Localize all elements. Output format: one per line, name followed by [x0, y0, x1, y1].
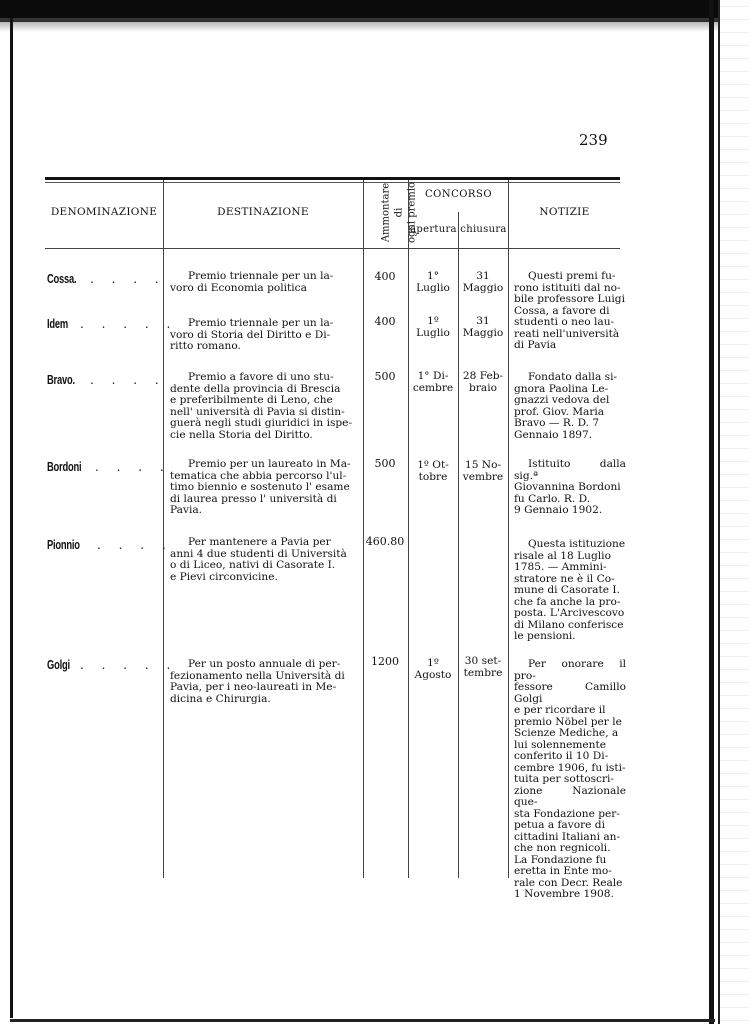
- text-line: Agosto: [415, 669, 452, 681]
- text-line: e Pievi circonvicine.: [170, 571, 278, 583]
- leader-dots: . . . . .: [80, 317, 177, 331]
- scan-margin-strip: [720, 0, 749, 1024]
- leader-dots: . . . . .: [80, 658, 177, 672]
- text-line: reati nell'università: [514, 328, 619, 340]
- row-notizie: Questa istituzione risale al 18 Luglio 1…: [514, 539, 626, 643]
- text-line: 1785. — Ammini-: [514, 561, 607, 573]
- row-destinazione: Premio a favore di uno stu- dente della …: [170, 372, 356, 441]
- row-apertura: 1º Luglio: [409, 315, 457, 339]
- page-bottom-edge: [10, 1019, 715, 1022]
- row-chiusura: 31 Maggio: [459, 270, 507, 294]
- header-denominazione: DENOMINAZIONE: [46, 206, 162, 218]
- text-line: cittadini Italiani an-: [514, 831, 620, 843]
- text-line: Istituito dalla sig.ª: [514, 458, 626, 482]
- text-line: timo biennio e sostenuto l' esame: [170, 481, 350, 493]
- row-chiusura: 28 Feb- braio: [459, 370, 507, 394]
- text-line: rale con Decr. Reale: [514, 877, 622, 889]
- text-line: premio Nöbel per le: [514, 716, 622, 728]
- text-line: posta. L'Arcivescovo: [514, 607, 624, 619]
- text-line: che fa anche la pro-: [514, 596, 620, 608]
- text-line: voro di Storia del Diritto e Di-: [170, 329, 330, 341]
- text-line: o di Liceo, nativi di Casorate I.: [170, 559, 335, 571]
- text-line: nell' università di Pavia si distin-: [170, 406, 345, 418]
- header-bottom-rule: [45, 248, 620, 249]
- text-line: 1º Ot-: [417, 459, 449, 471]
- page-number: 239: [579, 131, 608, 149]
- header-apertura: apertura: [409, 224, 458, 235]
- row-name: Golgi: [47, 657, 70, 672]
- text-line: Premio a favore di uno stu-: [188, 371, 334, 383]
- text-line: 9 Gennaio 1902.: [514, 504, 602, 516]
- text-line: tembre: [464, 667, 503, 679]
- text-line: 1°: [427, 270, 439, 282]
- text-line: Premio triennale per un la-: [188, 317, 333, 329]
- row-ammontare: 460.80: [365, 535, 405, 548]
- text-line: Pavia, per i neo-laureati in Me-: [170, 681, 336, 693]
- header-concorso: CONCORSO: [409, 189, 508, 200]
- row-name: Cossa.: [47, 271, 76, 286]
- row-ammontare: 400: [365, 315, 405, 328]
- column-divider: [508, 180, 509, 878]
- row-apertura: 1º Ot- tobre: [409, 459, 457, 483]
- text-line: e per ricordare il: [514, 704, 606, 716]
- header-chiusura: chiusura: [459, 224, 508, 235]
- text-line: bile professore Luigi: [514, 293, 625, 305]
- text-line: Giovannina Bordoni: [514, 481, 621, 493]
- text-line: tuita per sottoscri-: [514, 773, 614, 785]
- row-notizie: Questi premi fu- rono istituiti dal no- …: [514, 271, 626, 352]
- row-notizie: Per onorare il pro- fessore Camillo Golg…: [514, 659, 626, 901]
- row-apertura: 1º Agosto: [409, 657, 457, 681]
- text-line: Luglio: [416, 282, 450, 294]
- text-line: Fondato dalla si-: [528, 371, 617, 383]
- text-line: 1º: [427, 657, 439, 669]
- text-line: braio: [469, 382, 497, 394]
- row-destinazione: Premio triennale per un la- voro di Econ…: [170, 271, 356, 294]
- row-name: Bordoni: [47, 459, 81, 474]
- header-ammontare-line3: ogni premio: [407, 163, 418, 263]
- text-line: dente della provincia di Brescia: [170, 383, 340, 395]
- row-chiusura: 31 Maggio: [459, 315, 507, 339]
- table-top-rule-thin: [45, 182, 620, 183]
- text-line: anni 4 due studenti di Università: [170, 548, 347, 560]
- text-line: 1º: [427, 315, 439, 327]
- text-line: gnora Paolina Le-: [514, 383, 608, 395]
- row-name: Bravo.: [47, 372, 75, 387]
- text-line: petua a favore di: [514, 819, 605, 831]
- row-name: Pionnio: [47, 537, 80, 552]
- row-ammontare: 400: [365, 270, 405, 283]
- header-destinazione: DESTINAZIONE: [164, 206, 362, 218]
- column-divider: [363, 180, 364, 878]
- text-line: Maggio: [463, 282, 504, 294]
- text-line: eretta in Ente mo-: [514, 865, 612, 877]
- text-line: 15 No-: [465, 459, 501, 471]
- text-line: e preferibilmente di Leno, che: [170, 394, 333, 406]
- row-ammontare: 1200: [365, 655, 405, 668]
- text-line: Cossa, a favore di: [514, 305, 610, 317]
- leader-dots: . . . .: [90, 272, 166, 286]
- row-destinazione: Premio triennale per un la- voro di Stor…: [170, 318, 356, 353]
- text-line: studenti o neo lau-: [514, 316, 614, 328]
- text-line: di Milano conferisce: [514, 619, 623, 631]
- scan-noise: [0, 18, 735, 32]
- row-chiusura: 30 set- tembre: [459, 655, 507, 679]
- row-ammontare: 500: [365, 457, 405, 470]
- text-line: cie nella Storia del Diritto.: [170, 429, 313, 441]
- text-line: lui solennemente: [514, 739, 606, 751]
- text-line: stratore ne è il Co-: [514, 573, 615, 585]
- text-line: vembre: [463, 471, 503, 483]
- text-line: dicina e Chirurgia.: [170, 693, 271, 705]
- leader-dots: . . . .: [90, 373, 166, 387]
- text-line: guerà negli studi giuridici in ispe-: [170, 417, 352, 429]
- text-line: cembre: [413, 382, 453, 394]
- text-line: Per onorare il pro-: [514, 658, 626, 682]
- text-line: 31: [476, 270, 489, 282]
- text-line: le pensioni.: [514, 630, 576, 642]
- text-line: gnazzi vedova del: [514, 394, 609, 406]
- text-line: Premio per un laureato in Ma-: [188, 458, 351, 470]
- text-line: cembre 1906, fu isti-: [514, 762, 626, 774]
- text-line: che non regnicoli.: [514, 842, 611, 854]
- row-apertura: 1° Luglio: [409, 270, 457, 294]
- text-line: di Pavia: [514, 339, 556, 351]
- text-line: tematica che abbia percorso l'ul-: [170, 470, 346, 482]
- text-line: tobre: [419, 471, 448, 483]
- row-notizie: Istituito dalla sig.ª Giovannina Bordoni…: [514, 459, 626, 517]
- text-line: Scienze Mediche, a: [514, 727, 618, 739]
- header-notizie: NOTIZIE: [509, 206, 620, 218]
- text-line: Gennaio 1897.: [514, 429, 592, 441]
- text-line: mune di Casorate I.: [514, 584, 620, 596]
- text-line: voro di Economia politica: [170, 282, 307, 294]
- leader-dots: . . . .: [97, 538, 173, 552]
- header-ammontare-line2: di: [394, 163, 405, 263]
- row-ammontare: 500: [365, 370, 405, 383]
- text-line: Maggio: [463, 327, 504, 339]
- text-line: La Fondazione fu: [514, 854, 606, 866]
- text-line: 28 Feb-: [463, 370, 503, 382]
- text-line: risale al 18 Luglio: [514, 550, 611, 562]
- text-line: Pavia.: [170, 504, 202, 516]
- text-line: conferito il 10 Di-: [514, 750, 608, 762]
- page-right-edge: [709, 0, 714, 1024]
- header-ammontare-line1: Ammontare: [381, 163, 392, 263]
- text-line: 31: [476, 315, 489, 327]
- text-line: 1° Di-: [418, 370, 449, 382]
- text-line: Luglio: [416, 327, 450, 339]
- text-line: Questi premi fu-: [528, 270, 615, 282]
- text-line: zione Nazionale que-: [514, 785, 626, 809]
- row-chiusura: 15 No- vembre: [459, 459, 507, 483]
- row-destinazione: Per un posto annuale di per- fezionament…: [170, 659, 356, 705]
- row-apertura: 1° Di- cembre: [409, 370, 457, 394]
- text-line: ritto romano.: [170, 340, 241, 352]
- text-line: 1 Novembre 1908.: [514, 888, 614, 900]
- text-line: Per un posto annuale di per-: [188, 658, 340, 670]
- text-line: sta Fondazione per-: [514, 808, 620, 820]
- text-line: 30 set-: [465, 655, 501, 667]
- row-notizie: Fondato dalla si- gnora Paolina Le- gnaz…: [514, 372, 626, 441]
- row-name: Idem: [47, 316, 68, 331]
- table-top-rule: [45, 177, 620, 180]
- text-line: rono istituiti dal no-: [514, 282, 621, 294]
- text-line: fu Carlo. R. D.: [514, 493, 590, 505]
- text-line: fessore Camillo Golgi: [514, 681, 626, 705]
- row-destinazione: Per mantenere a Pavia per anni 4 due stu…: [170, 537, 356, 583]
- text-line: Per mantenere a Pavia per: [188, 536, 331, 548]
- text-line: fezionamento nella Università di: [170, 670, 345, 682]
- page-left-edge: [10, 18, 13, 1018]
- text-line: di laurea presso l' università di: [170, 493, 337, 505]
- row-destinazione: Premio per un laureato in Ma- tematica c…: [170, 459, 356, 517]
- text-line: Questa istituzione: [528, 538, 625, 550]
- leader-dots: . . . .: [95, 460, 171, 474]
- text-line: Premio triennale per un la-: [188, 270, 333, 282]
- text-line: Bravo — R. D. 7: [514, 417, 599, 429]
- column-divider: [458, 212, 459, 878]
- text-line: prof. Giov. Maria: [514, 406, 604, 418]
